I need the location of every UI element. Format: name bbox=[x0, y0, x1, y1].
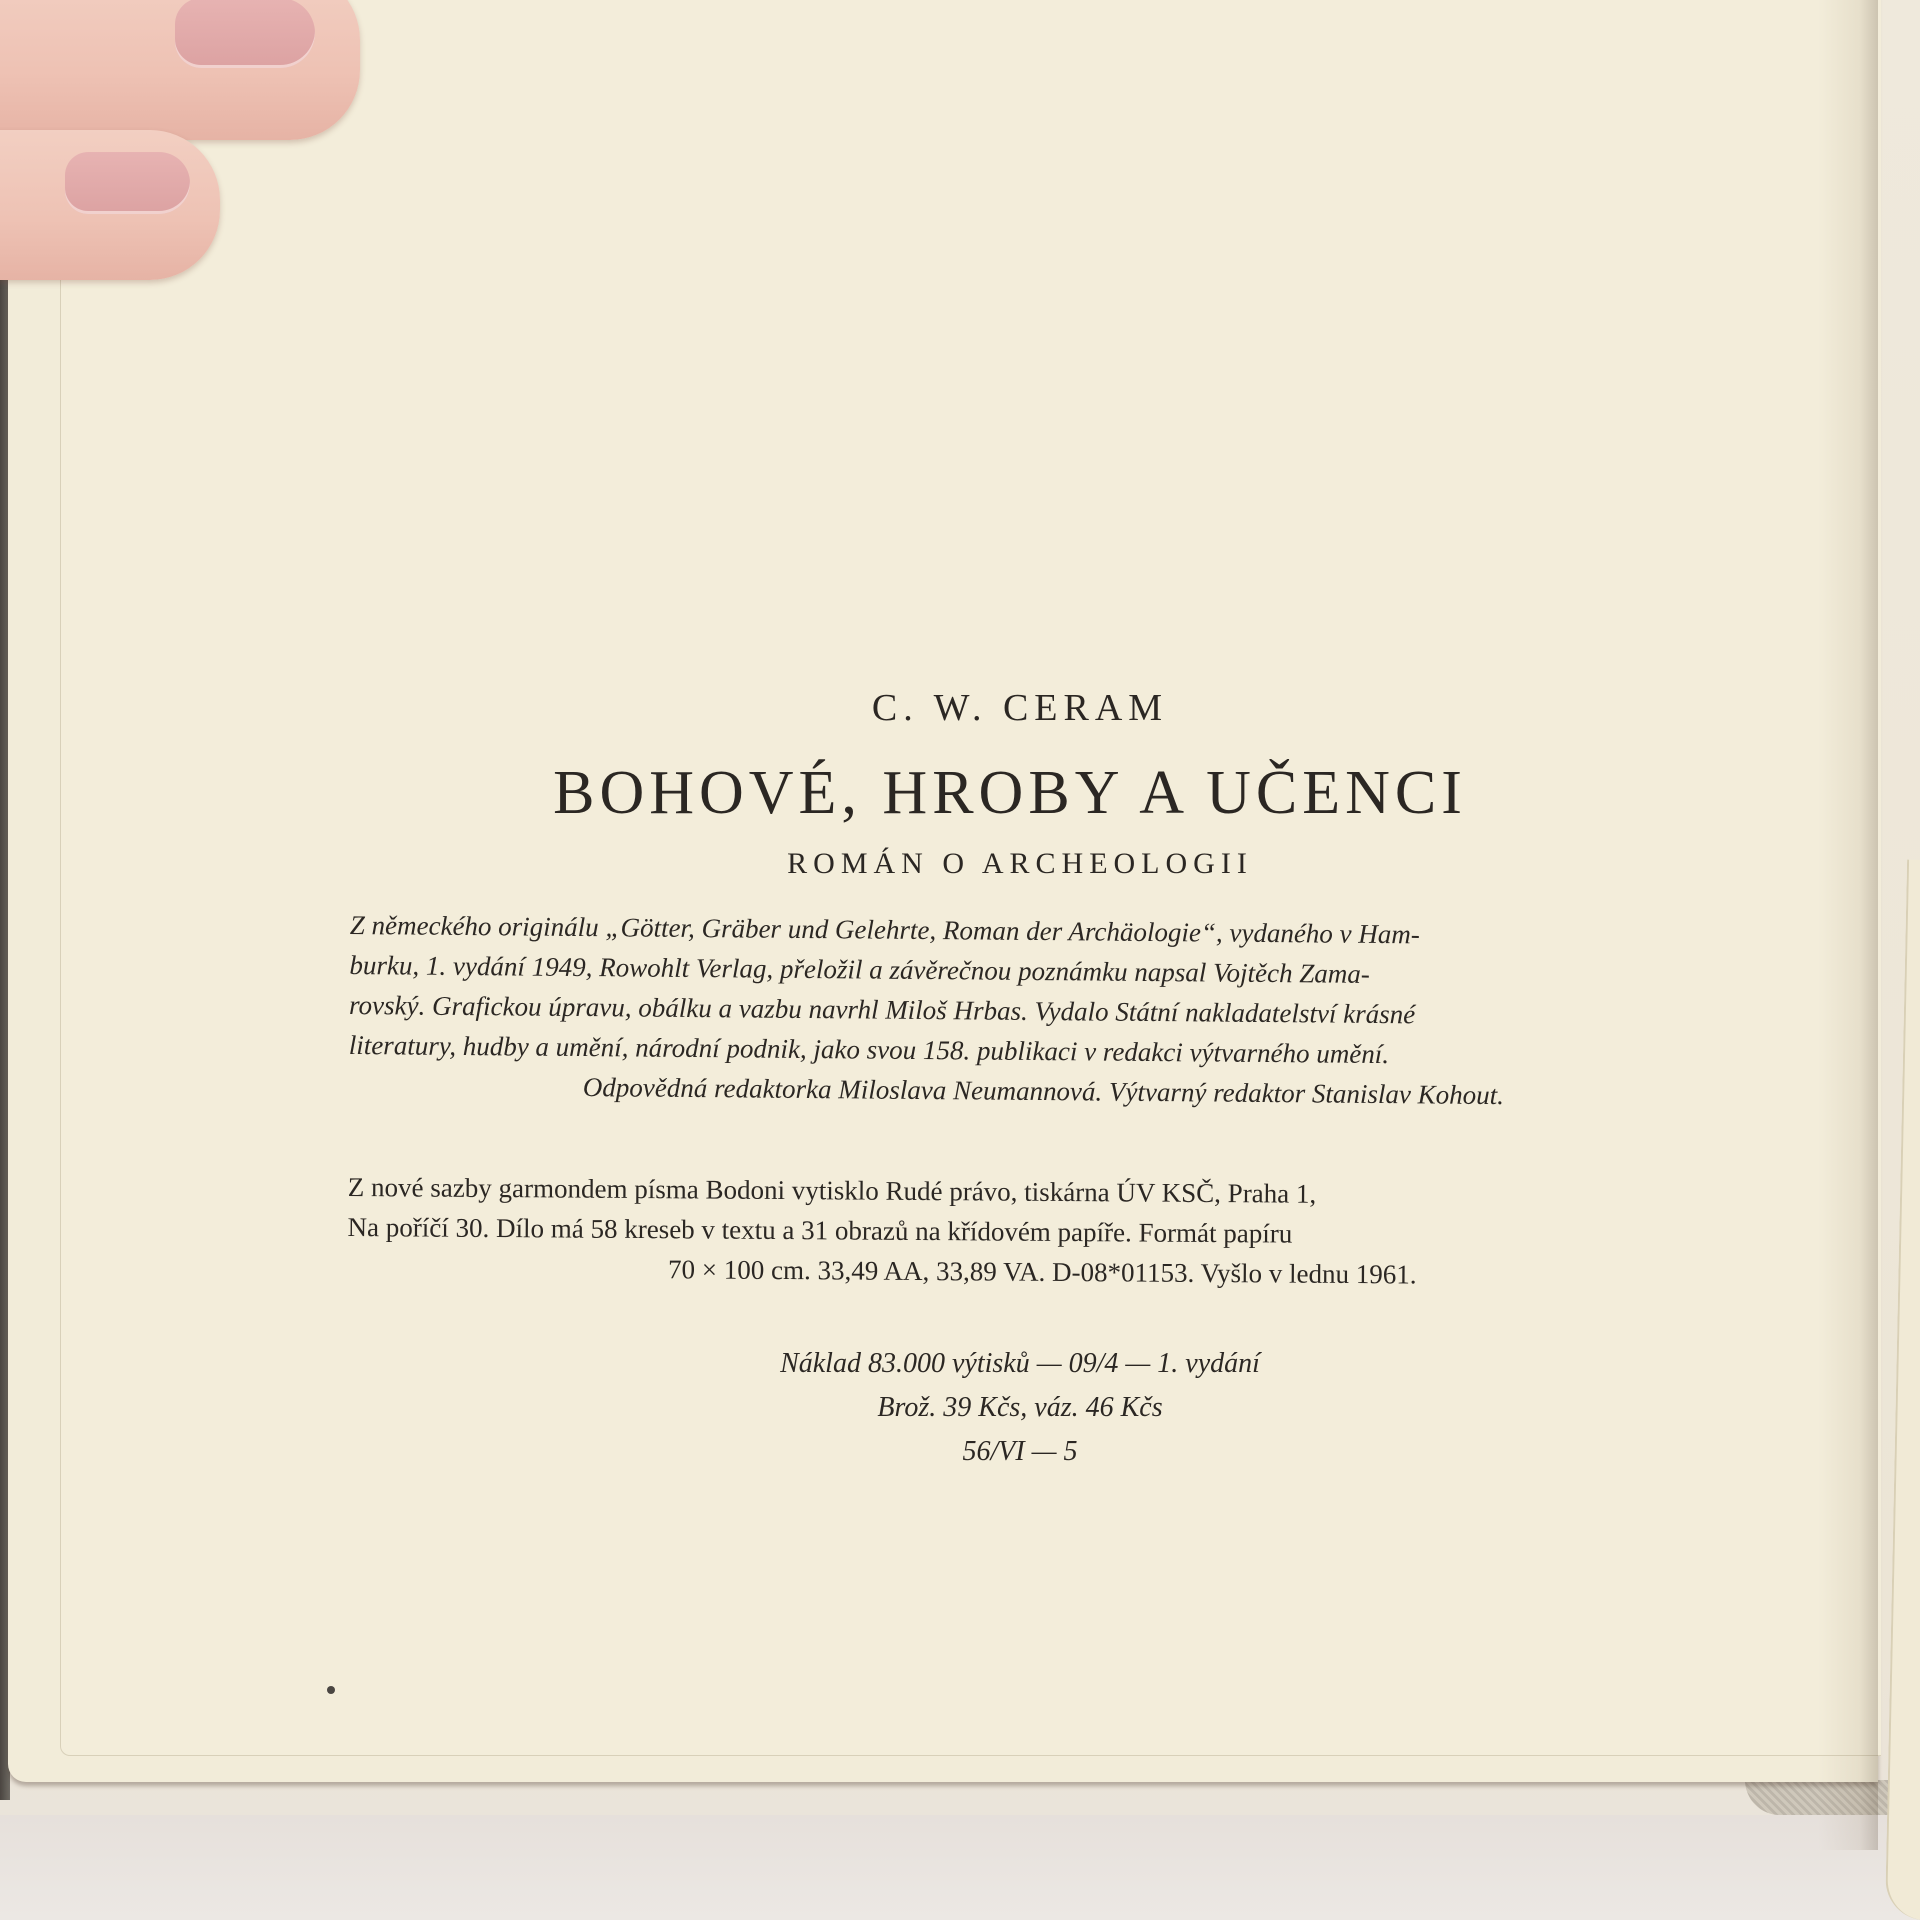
price: Brož. 39 Kčs, váz. 46 Kčs bbox=[120, 1386, 1920, 1430]
edition-info: Náklad 83.000 výtisků — 09/4 — 1. vydání… bbox=[0, 1342, 1920, 1474]
finger-index bbox=[0, 0, 360, 140]
paper-speck bbox=[327, 1686, 335, 1694]
fingernail bbox=[175, 0, 315, 68]
finger-middle bbox=[0, 130, 220, 280]
translation-credits: Z německého originálu „Götter, Gräber un… bbox=[348, 905, 1800, 1118]
fingernail bbox=[65, 152, 190, 214]
printing-details: Z nové sazby garmondem písma Bodoni vyti… bbox=[347, 1167, 1798, 1297]
photo-scene: C. W. CERAM BOHOVÉ, HROBY A UČENCI ROMÁN… bbox=[0, 0, 1920, 1920]
book-page bbox=[8, 0, 1878, 1782]
catalog-code: 56/VI — 5 bbox=[120, 1430, 1920, 1474]
table-surface bbox=[0, 1815, 1920, 1920]
page-gutter-shadow bbox=[1818, 0, 1878, 1850]
author-name: C. W. CERAM bbox=[0, 686, 1920, 730]
book-title: BOHOVÉ, HROBY A UČENCI bbox=[0, 758, 1920, 829]
print-run: Náklad 83.000 výtisků — 09/4 — 1. vydání bbox=[120, 1342, 1920, 1386]
book-subtitle: ROMÁN O ARCHEOLOGII bbox=[0, 847, 1920, 881]
